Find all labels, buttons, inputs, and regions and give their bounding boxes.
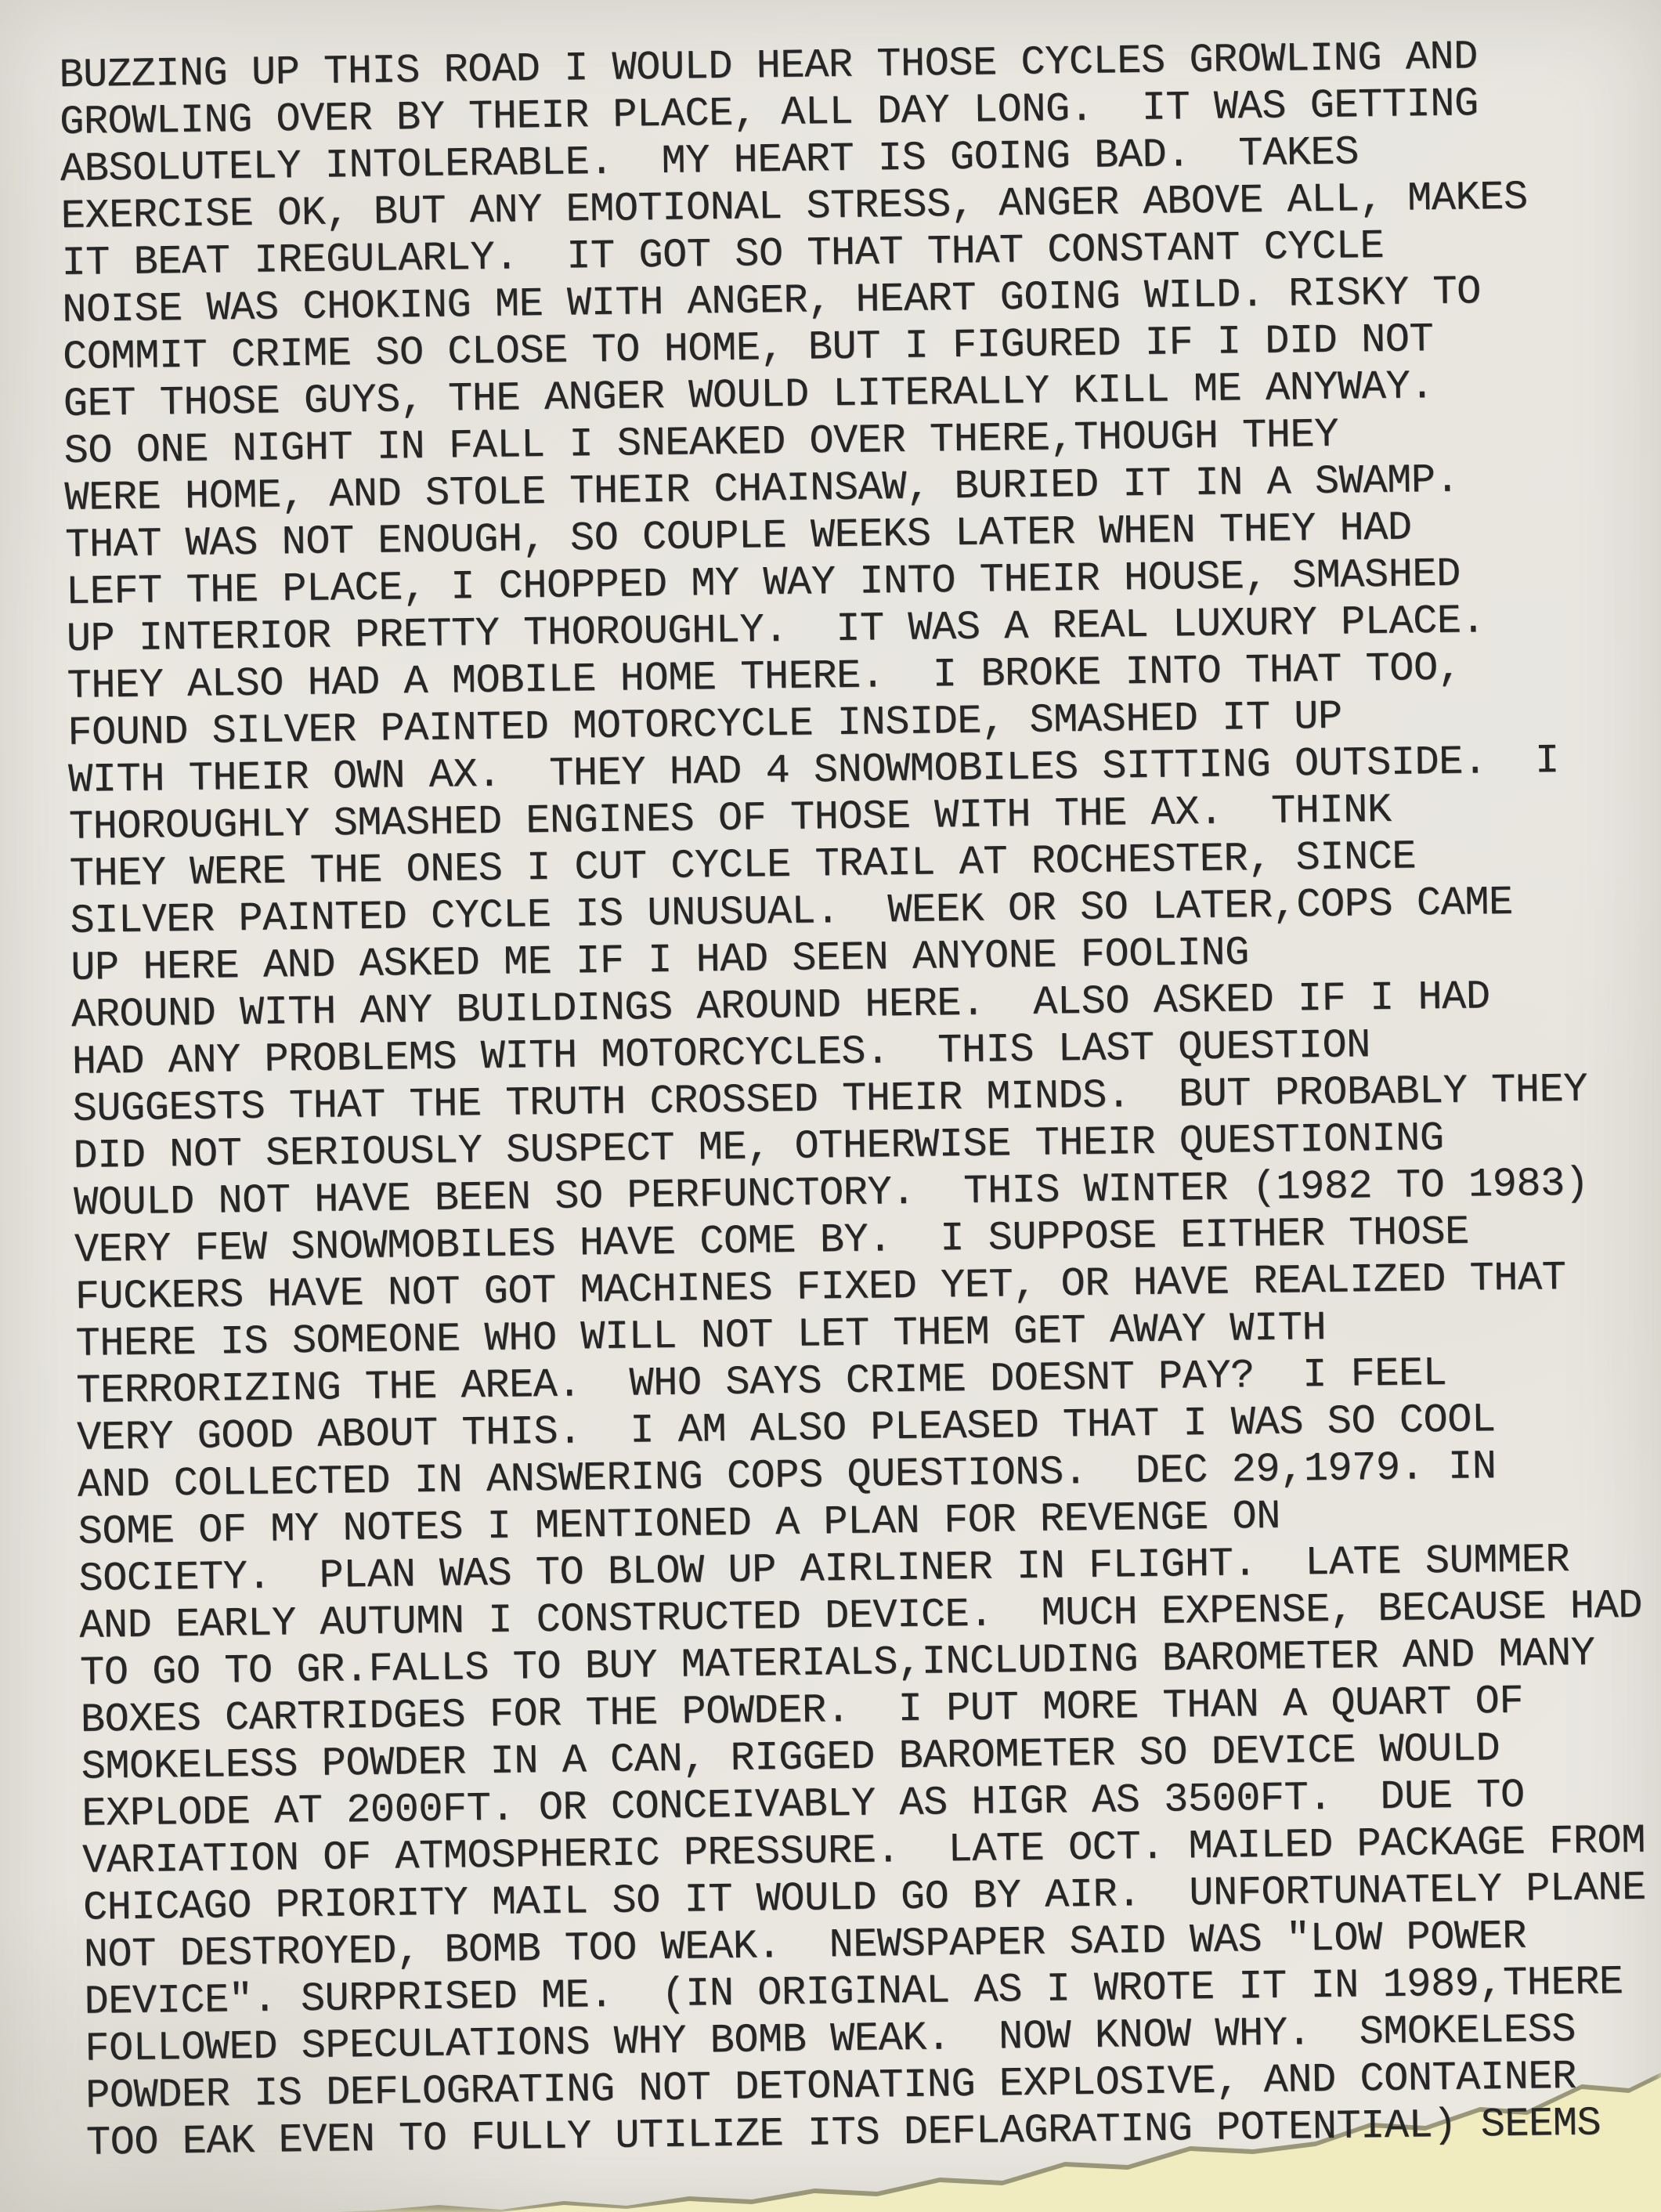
scanned-page: BUZZING UP THIS ROAD I WOULD HEAR THOSE … [0, 0, 1661, 2212]
typewritten-text-block: BUZZING UP THIS ROAD I WOULD HEAR THOSE … [59, 31, 1661, 2167]
